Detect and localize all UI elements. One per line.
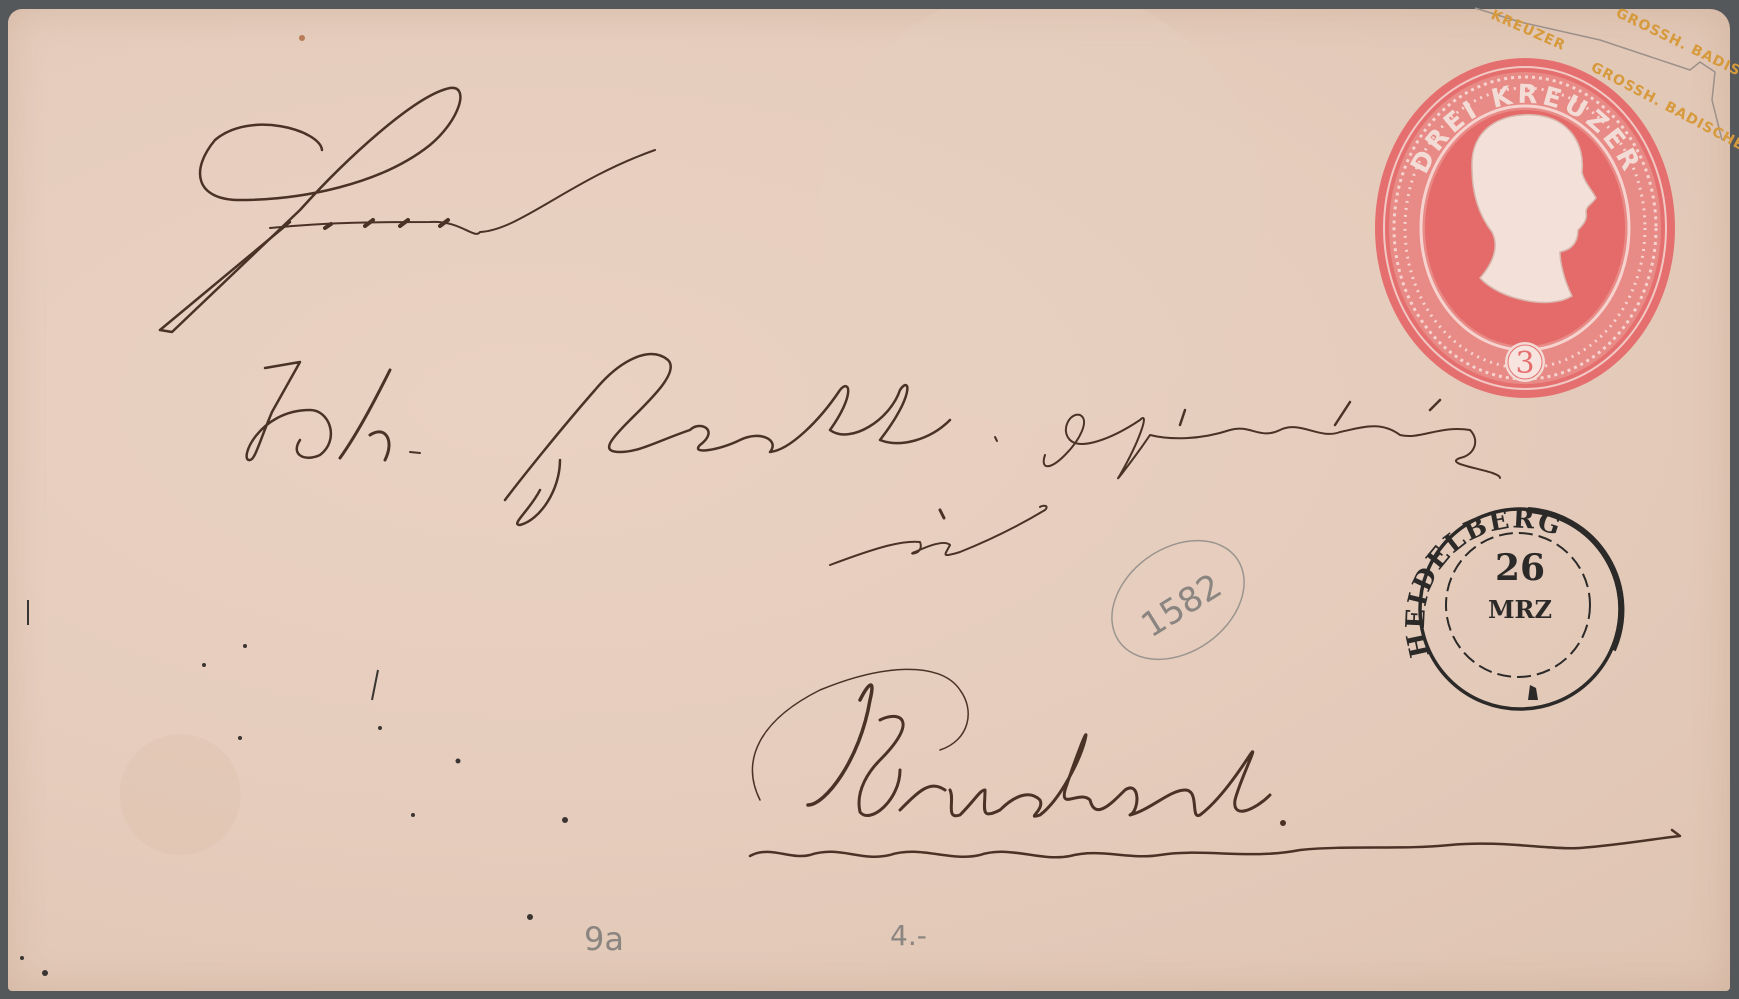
pencil-note-bottom-left: 9a [584, 920, 624, 958]
postmark-day: 26 [1495, 547, 1545, 589]
pencil-notes: 1582 9a 4.- [584, 516, 1267, 958]
address-occupation: Schirmfabrikant [0, 0, 1500, 478]
postmark: HEIDELBERG 26 MRZ [1401, 504, 1622, 709]
overprint-line-2: GROSSH. BADISCH [1613, 5, 1739, 90]
postmark-month: MRZ [1488, 595, 1552, 624]
stamp: DREI KREUZER 3 [1375, 58, 1675, 398]
ink-specks [20, 35, 568, 976]
envelope-artwork: KREUZER GROSSH. BADISCH GROSSH. BADISCHE… [0, 0, 1739, 999]
catalog-number: 1582 [1134, 566, 1229, 646]
address-preposition: in [0, 0, 1047, 565]
address-name: Joh. Gesell [0, 0, 997, 525]
stamp-value-numeral: 3 [1515, 346, 1534, 381]
pencil-note-bottom-center: 4.- [890, 919, 927, 952]
address-salutation: Herrn [0, 0, 655, 332]
